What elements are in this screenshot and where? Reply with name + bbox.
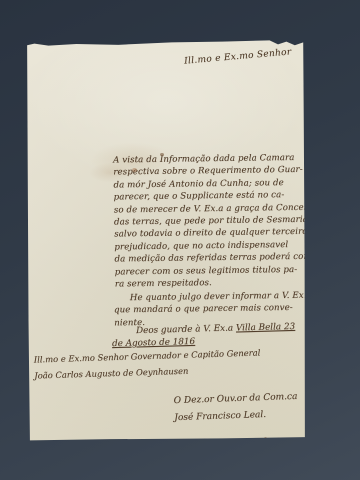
signature-block: O Dez.or Ouv.or da Com.ca José Francisco… <box>173 389 298 426</box>
age-spot <box>264 437 267 440</box>
place-and-day: Villa Bella 23 <box>236 322 295 334</box>
salutation-abbreviation: Ill.mo e Ex.mo Senhor <box>184 47 292 66</box>
body-line: ra serem respeitados. <box>115 276 325 291</box>
scanned-document-view: Ill.mo e Ex.mo Senhor A vista da Informa… <box>0 0 360 480</box>
age-spot <box>160 153 164 156</box>
age-spot <box>132 168 137 172</box>
letter-body-paragraph: A vista da Informação dada pela Camara r… <box>113 152 324 291</box>
recipient-address-block: Ill.mo e Ex.mo Senhor Governador e Capit… <box>34 345 261 383</box>
letter-page: Ill.mo e Ex.mo Senhor A vista da Informa… <box>26 40 306 442</box>
valediction-text: Deos guarde à V. Ex.a <box>136 323 236 336</box>
